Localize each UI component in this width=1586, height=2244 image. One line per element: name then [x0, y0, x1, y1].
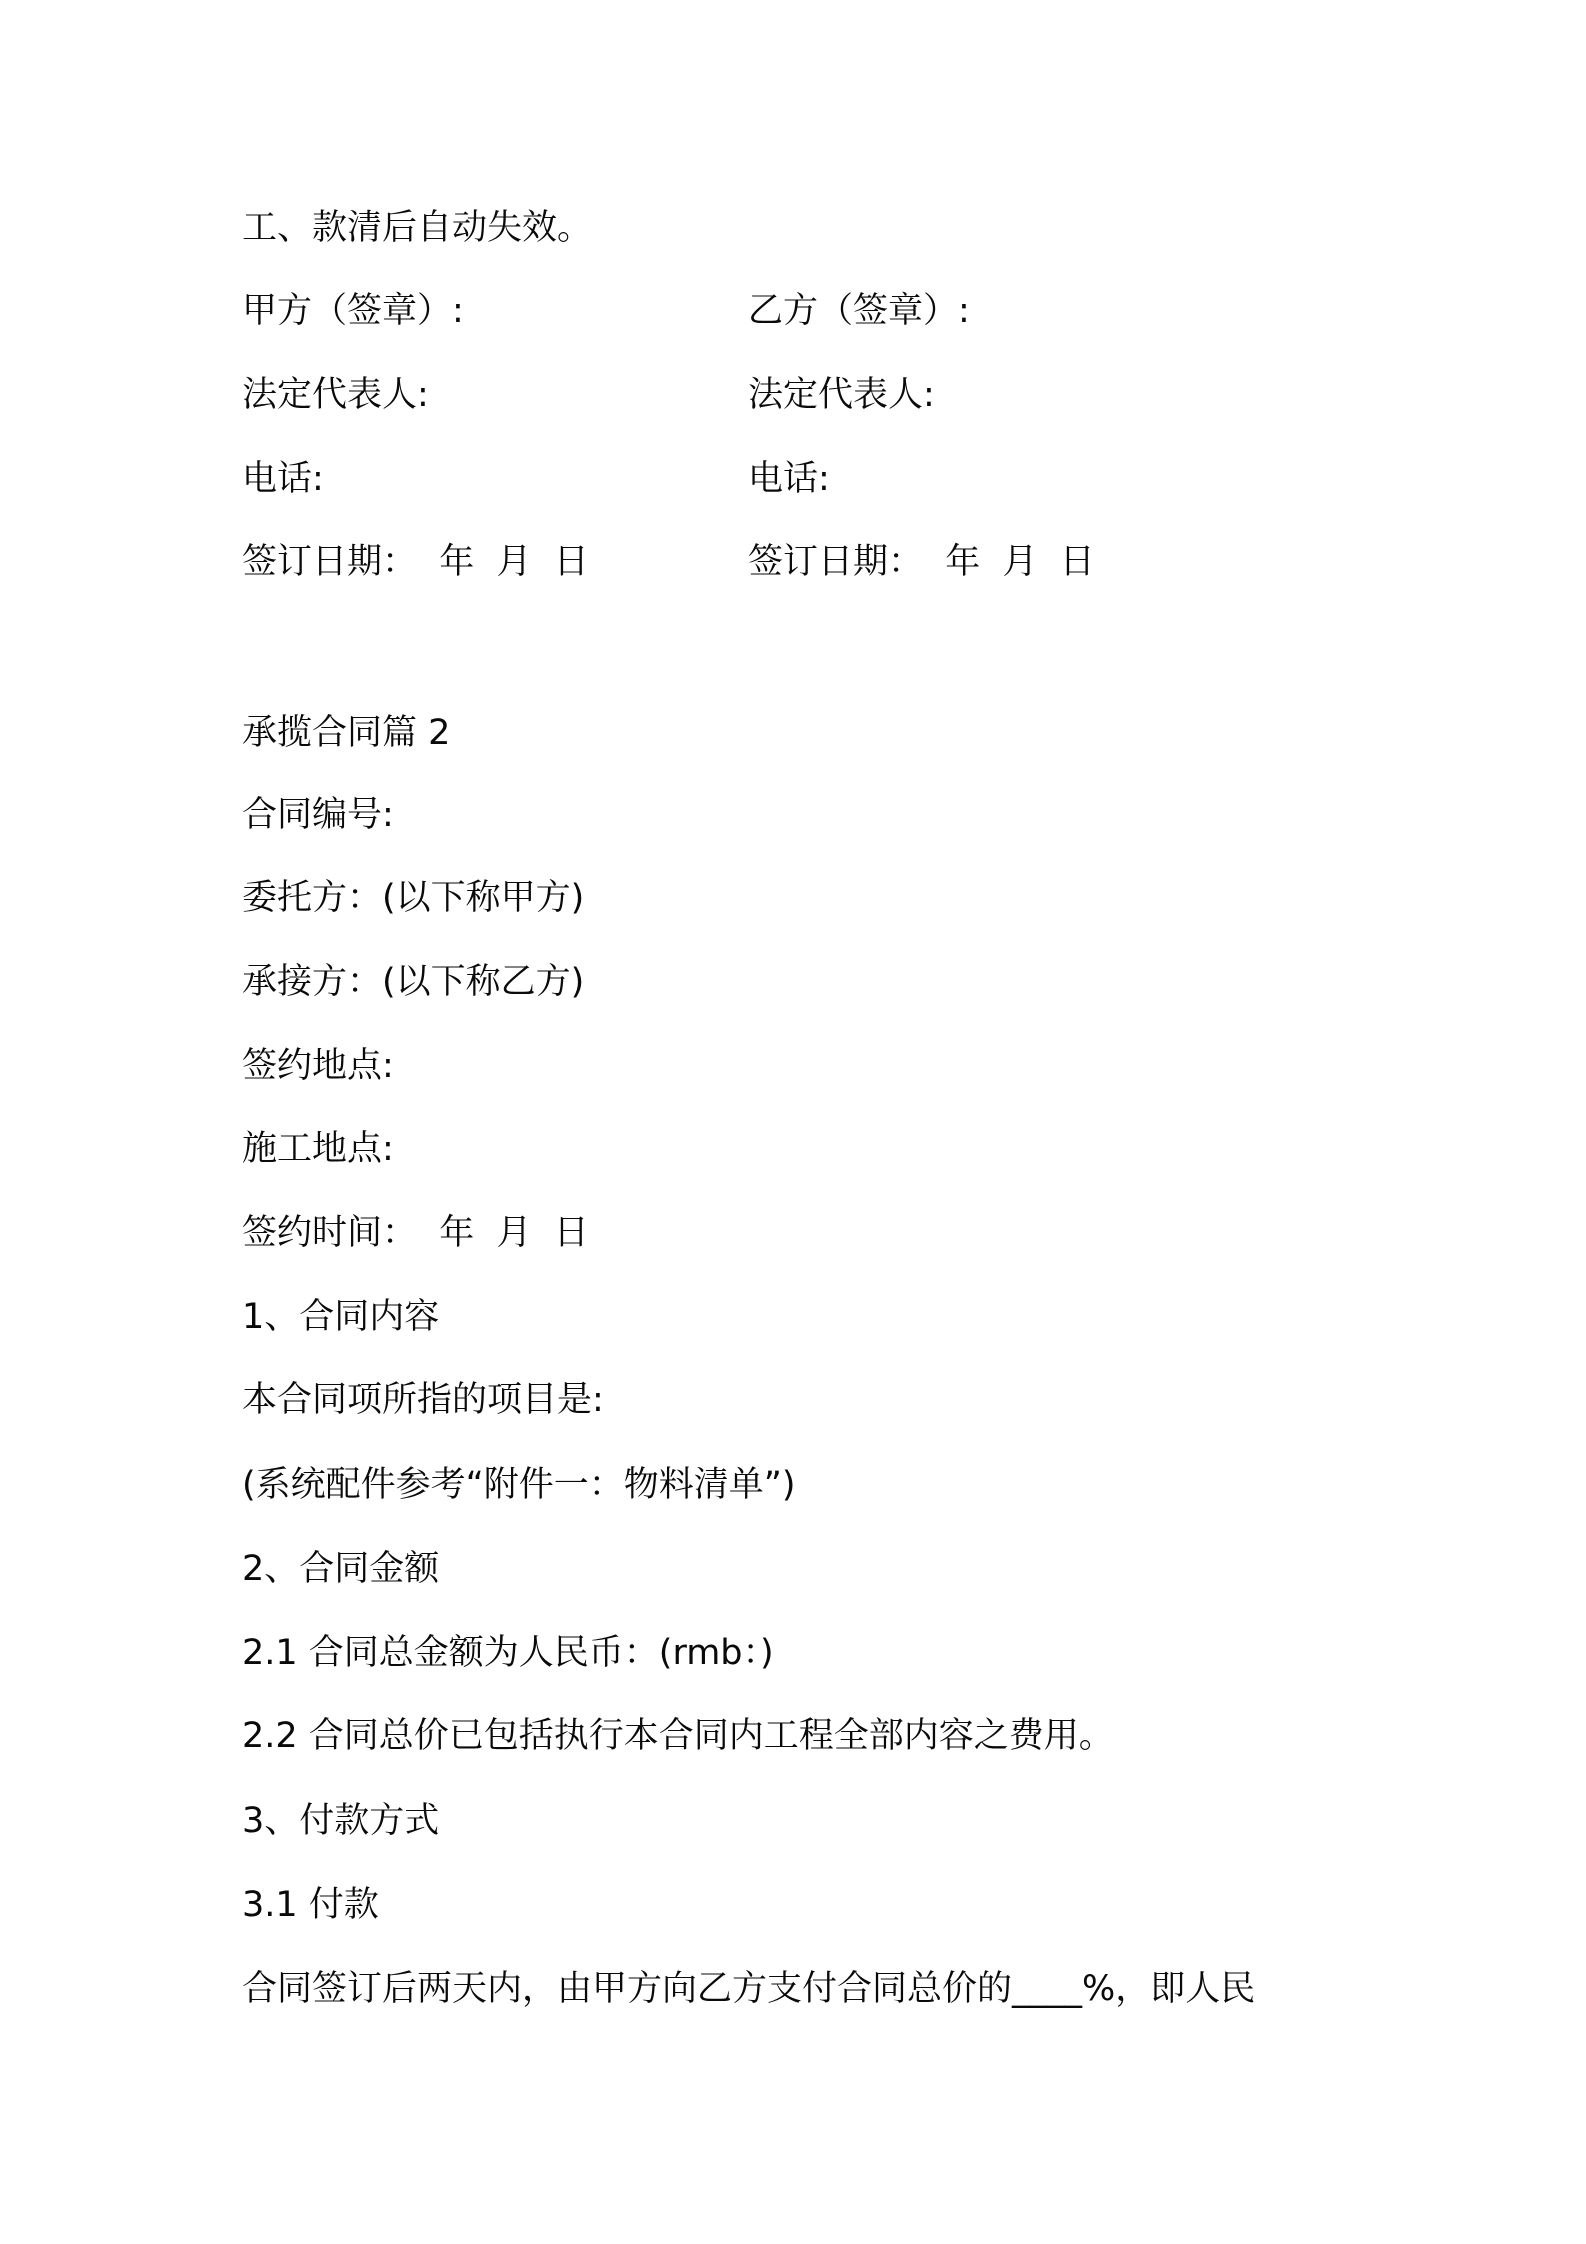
contractor-party-field: 承接方：(以下称乙方) — [242, 960, 584, 1004]
party-b-phone-label: 电话: — [748, 457, 830, 501]
party-a-phone-label: 电话: — [242, 457, 324, 501]
party-b-seal-label: 乙方（签章）: — [748, 289, 970, 333]
payment-terms-line: 合同签订后两天内，由甲方向乙方支付合同总价的____%，即人民 — [242, 1967, 1255, 2011]
party-a-sign-date-label: 签订日期： 年 月 日 — [242, 540, 589, 584]
client-party-field: 委托方：(以下称甲方) — [242, 876, 584, 920]
total-amount-line: 2.1 合同总金额为人民币：(rmb：) — [242, 1631, 774, 1675]
section-heading-payment: 3、付款方式 — [242, 1799, 439, 1843]
section-heading-contents: 1、合同内容 — [242, 1295, 439, 1339]
project-description-line: 本合同项所指的项目是: — [242, 1378, 604, 1422]
signing-time-field: 签约时间： 年 月 日 — [242, 1211, 589, 1255]
continuation-line: 工、款清后自动失效。 — [242, 206, 592, 250]
payment-subheading: 3.1 付款 — [242, 1883, 379, 1927]
price-inclusion-line: 2.2 合同总价已包括执行本合同内工程全部内容之费用。 — [242, 1714, 1114, 1758]
party-b-sign-date-label: 签订日期： 年 月 日 — [748, 540, 1095, 584]
section-heading-amount: 2、合同金额 — [242, 1547, 439, 1591]
construction-site-field: 施工地点: — [242, 1127, 394, 1171]
document-page: 工、款清后自动失效。 甲方（签章）: 法定代表人: 电话: 签订日期： 年 月 … — [0, 0, 1586, 2244]
party-a-seal-label: 甲方（签章）: — [242, 289, 464, 333]
parts-reference-line: (系统配件参考“附件一：物料清单”) — [242, 1463, 796, 1507]
signing-location-field: 签约地点: — [242, 1044, 394, 1088]
contract-number-field: 合同编号: — [242, 793, 394, 837]
contract-title: 承揽合同篇 2 — [242, 711, 450, 755]
party-b-legal-rep-label: 法定代表人: — [748, 373, 935, 417]
party-a-legal-rep-label: 法定代表人: — [242, 373, 429, 417]
